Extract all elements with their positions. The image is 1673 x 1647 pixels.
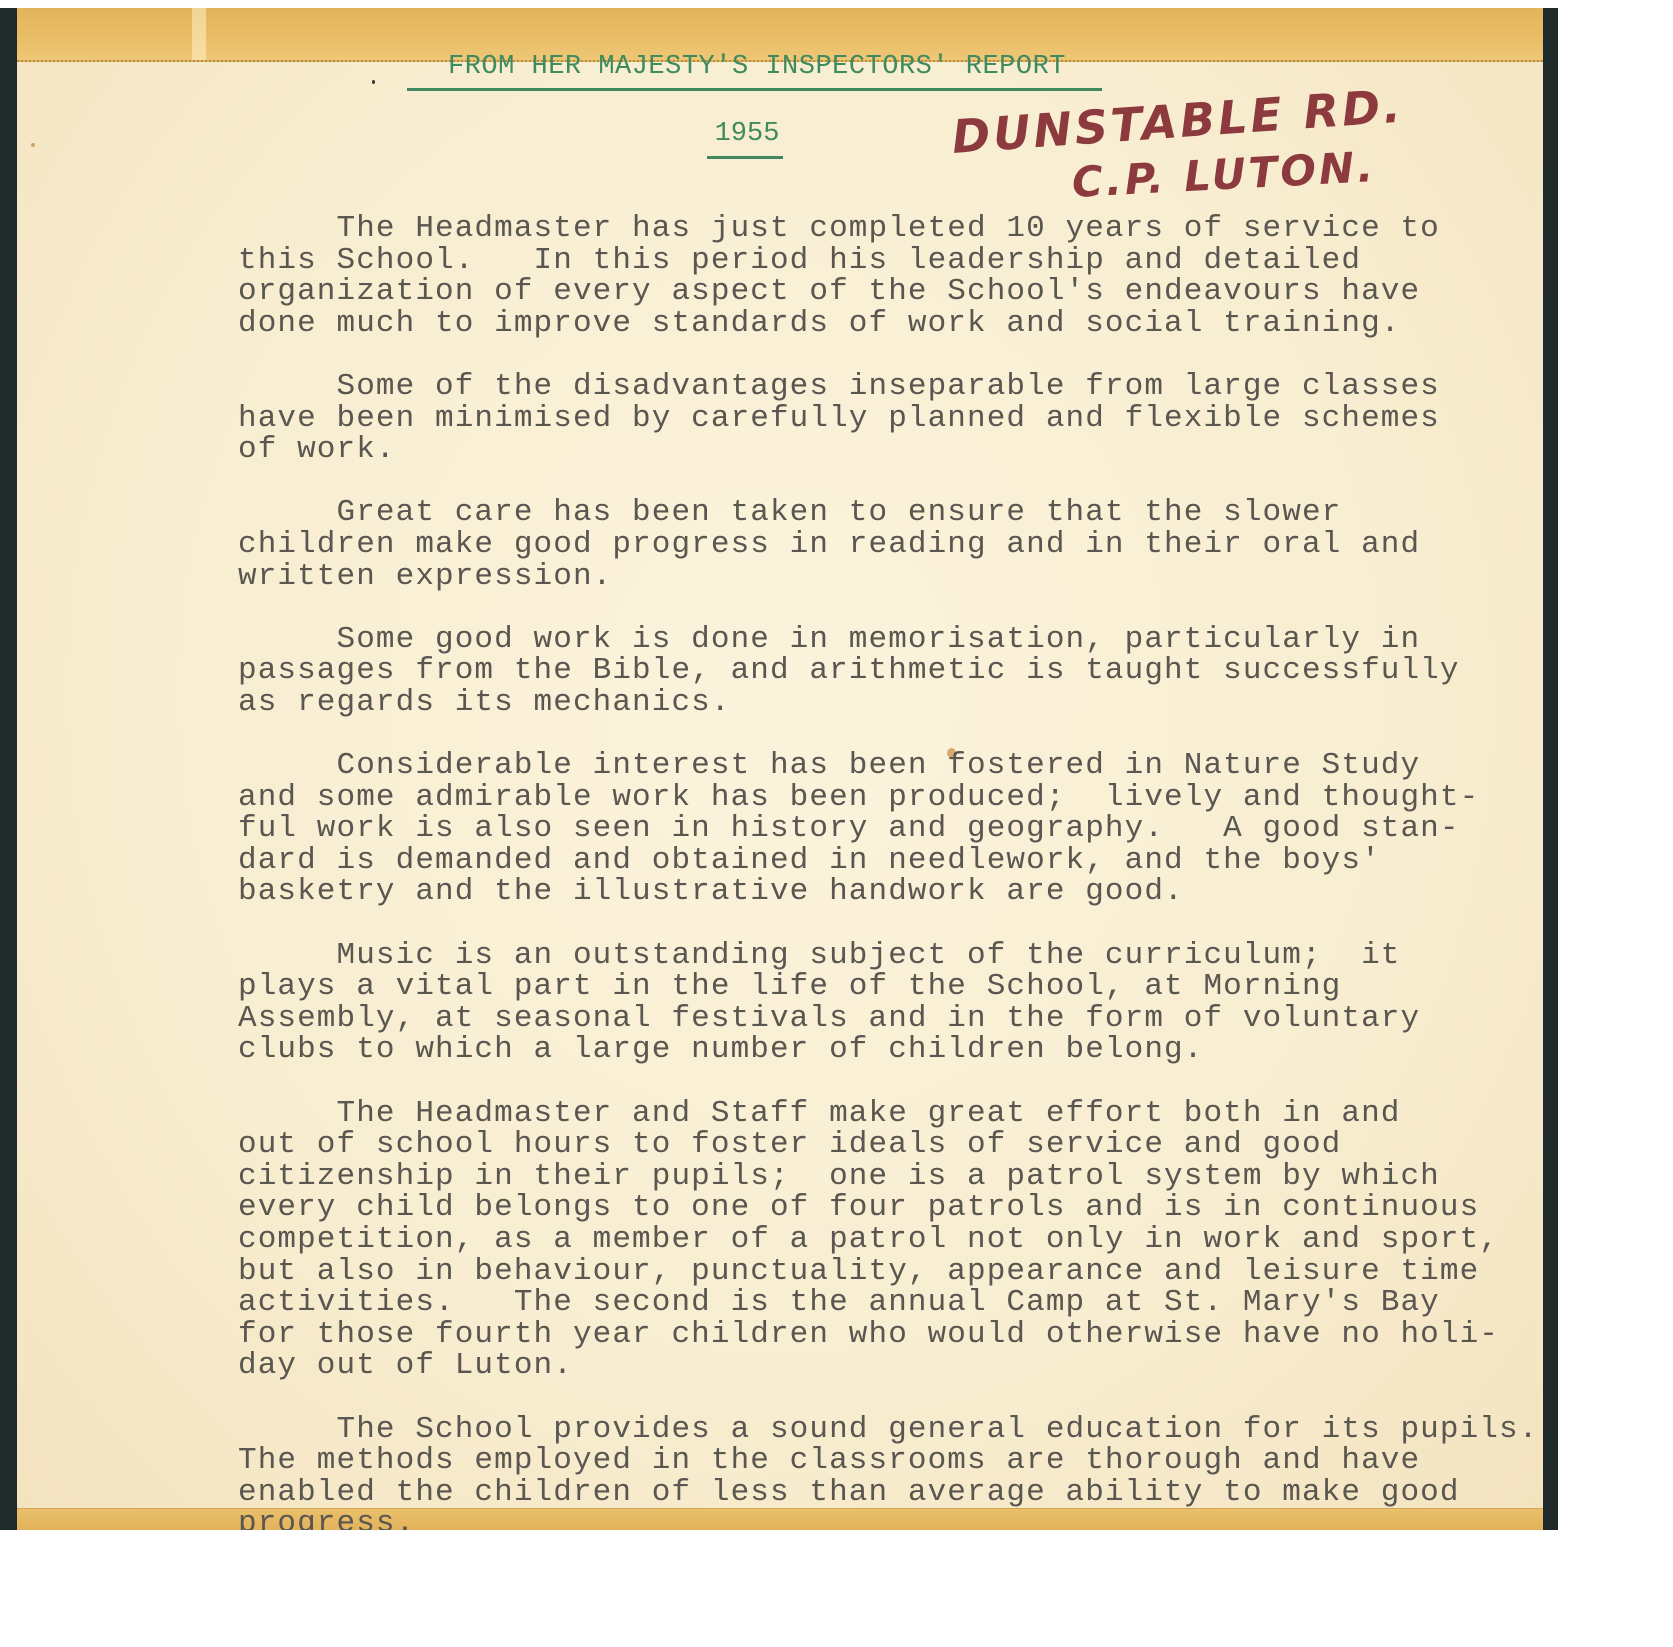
text-line: competition, as a member of a patrol not… [238, 1224, 1498, 1256]
text-line: The methods employed in the classrooms a… [238, 1445, 1498, 1477]
text-line: every child belongs to one of four patro… [238, 1192, 1498, 1224]
year-underline [707, 156, 783, 159]
text-line: for those fourth year children who would… [238, 1319, 1498, 1351]
text-line: as regards its mechanics. [238, 687, 1498, 719]
document-page: FROM HER MAJESTY'S INSPECTORS' REPORT 19… [17, 8, 1543, 1530]
text-line: citizenship in their pupils; one is a pa… [238, 1161, 1498, 1193]
report-paragraph: Great care has been taken to ensure that… [238, 497, 1498, 592]
text-line: dard is demanded and obtained in needlew… [238, 845, 1498, 877]
text-line: have been minimised by carefully planned… [238, 403, 1498, 435]
text-line: children make good progress in reading a… [238, 529, 1498, 561]
text-line: passages from the Bible, and arithmetic … [238, 655, 1498, 687]
text-line: Great care has been taken to ensure that… [238, 497, 1498, 529]
report-title: FROM HER MAJESTY'S INSPECTORS' REPORT [407, 52, 1107, 82]
text-line: clubs to which a large number of childre… [238, 1034, 1498, 1066]
text-line: ful work is also seen in history and geo… [238, 813, 1498, 845]
text-line: Assembly, at seasonal festivals and in t… [238, 1003, 1498, 1035]
report-paragraph: The Headmaster has just completed 10 yea… [238, 213, 1498, 339]
report-paragraph: Some good work is done in memorisation, … [238, 624, 1498, 719]
text-line: progress. [238, 1508, 1498, 1530]
text-line: day out of Luton. [238, 1350, 1498, 1382]
text-line: this School. In this period his leadersh… [238, 245, 1498, 277]
text-line: Considerable interest has been fostered … [238, 750, 1498, 782]
scan-frame-right [1543, 8, 1558, 1530]
text-line: organization of every aspect of the Scho… [238, 276, 1498, 308]
text-line: but also in behaviour, punctuality, appe… [238, 1256, 1498, 1288]
report-paragraph: Some of the disadvantages inseparable fr… [238, 371, 1498, 466]
text-line: The School provides a sound general educ… [238, 1414, 1498, 1446]
scan-frame-left [0, 8, 17, 1530]
report-body: The Headmaster has just completed 10 yea… [238, 213, 1498, 1530]
text-line: Some of the disadvantages inseparable fr… [238, 371, 1498, 403]
report-paragraph: The School provides a sound general educ… [238, 1414, 1498, 1530]
text-line: Some good work is done in memorisation, … [238, 624, 1498, 656]
text-line: The Headmaster has just completed 10 yea… [238, 213, 1498, 245]
title-underline [407, 88, 1102, 91]
report-paragraph: Music is an outstanding subject of the c… [238, 940, 1498, 1066]
paper-speck [372, 80, 375, 84]
text-line: basketry and the illustrative handwork a… [238, 876, 1498, 908]
paper-speck [31, 143, 35, 147]
text-line: enabled the children of less than averag… [238, 1477, 1498, 1509]
text-line: written expression. [238, 561, 1498, 593]
text-line: plays a vital part in the life of the Sc… [238, 971, 1498, 1003]
text-line: Music is an outstanding subject of the c… [238, 940, 1498, 972]
report-paragraph: Considerable interest has been fostered … [238, 750, 1498, 908]
text-line: and some admirable work has been produce… [238, 782, 1498, 814]
text-line: out of school hours to foster ideals of … [238, 1129, 1498, 1161]
report-paragraph: The Headmaster and Staff make great effo… [238, 1098, 1498, 1382]
text-line: of work. [238, 434, 1498, 466]
text-line: done much to improve standards of work a… [238, 308, 1498, 340]
text-line: The Headmaster and Staff make great effo… [238, 1098, 1498, 1130]
text-line: activities. The second is the annual Cam… [238, 1287, 1498, 1319]
report-year: 1955 [707, 119, 787, 149]
